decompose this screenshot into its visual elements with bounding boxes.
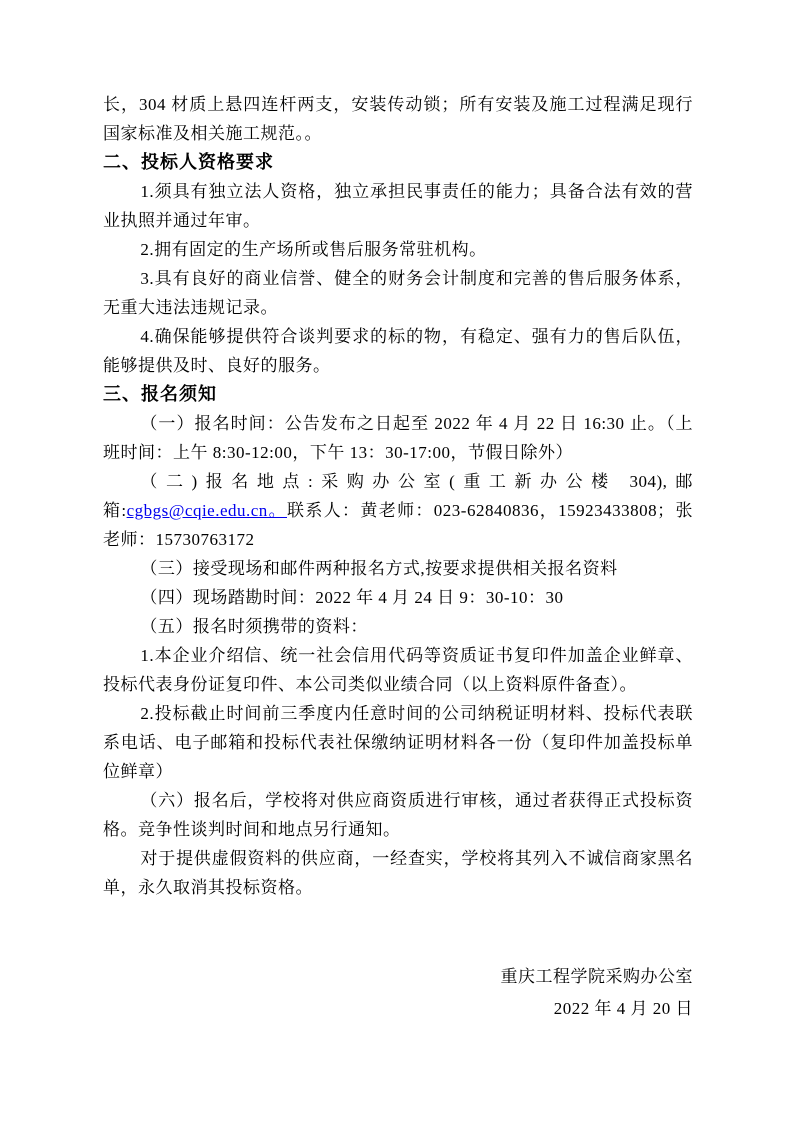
signature-organization: 重庆工程学院采购办公室 bbox=[103, 962, 693, 991]
section-heading-registration-notes: 三、报名须知 bbox=[103, 380, 693, 409]
email-link[interactable]: cgbgs@cqie.edu.cn。 bbox=[127, 501, 287, 520]
document-page: 长，304 材质上悬四连杆两支，安装传动锁；所有安装及施工过程满足现行国家标准及… bbox=[0, 0, 793, 1122]
registration-time-paragraph: （一）报名时间：公告发布之日起至 2022 年 4 月 22 日 16:30 止… bbox=[103, 409, 693, 467]
qualification-item-4: 4.确保能够提供符合谈判要求的标的物，有稳定、强有力的售后队伍，能够提供及时、良… bbox=[103, 322, 693, 380]
required-materials-item-1: 1.本企业介绍信、统一社会信用代码等资质证书复印件加盖企业鲜章、投标代表身份证复… bbox=[103, 641, 693, 699]
qualification-item-2: 2.拥有固定的生产场所或售后服务常驻机构。 bbox=[103, 235, 693, 264]
site-visit-paragraph: （四）现场踏勘时间：2022 年 4 月 24 日 9：30-10：30 bbox=[103, 583, 693, 612]
section-heading-bidder-qualifications: 二、投标人资格要求 bbox=[103, 148, 693, 177]
registration-location-paragraph: （二)报名地点:采购办公室(重工新办公楼 304),邮箱:cgbgs@cqie.… bbox=[103, 467, 693, 554]
registration-method-paragraph: （三）接受现场和邮件两种报名方式,按要求提供相关报名资料 bbox=[103, 554, 693, 583]
false-materials-warning-paragraph: 对于提供虚假资料的供应商，一经查实，学校将其列入不诚信商家黑名单，永久取消其投标… bbox=[103, 844, 693, 902]
qualification-item-3: 3.具有良好的商业信誉、健全的财务会计制度和完善的售后服务体系，无重大违法违规记… bbox=[103, 264, 693, 322]
required-materials-item-2: 2.投标截止时间前三季度内任意时间的公司纳税证明材料、投标代表联系电话、电子邮箱… bbox=[103, 699, 693, 786]
review-paragraph: （六）报名后，学校将对供应商资质进行审核，通过者获得正式投标资格。竞争性谈判时间… bbox=[103, 786, 693, 844]
qualification-item-1: 1.须具有独立法人资格，独立承担民事责任的能力；具备合法有效的营业执照并通过年审… bbox=[103, 177, 693, 235]
signature-block: 重庆工程学院采购办公室 2022 年 4 月 20 日 bbox=[103, 962, 693, 1023]
required-materials-paragraph: （五）报名时须携带的资料： bbox=[103, 612, 693, 641]
signature-date: 2022 年 4 月 20 日 bbox=[103, 994, 693, 1023]
document-content: 长，304 材质上悬四连杆两支，安装传动锁；所有安装及施工过程满足现行国家标准及… bbox=[103, 90, 693, 1023]
opening-paragraph: 长，304 材质上悬四连杆两支，安装传动锁；所有安装及施工过程满足现行国家标准及… bbox=[103, 90, 693, 148]
